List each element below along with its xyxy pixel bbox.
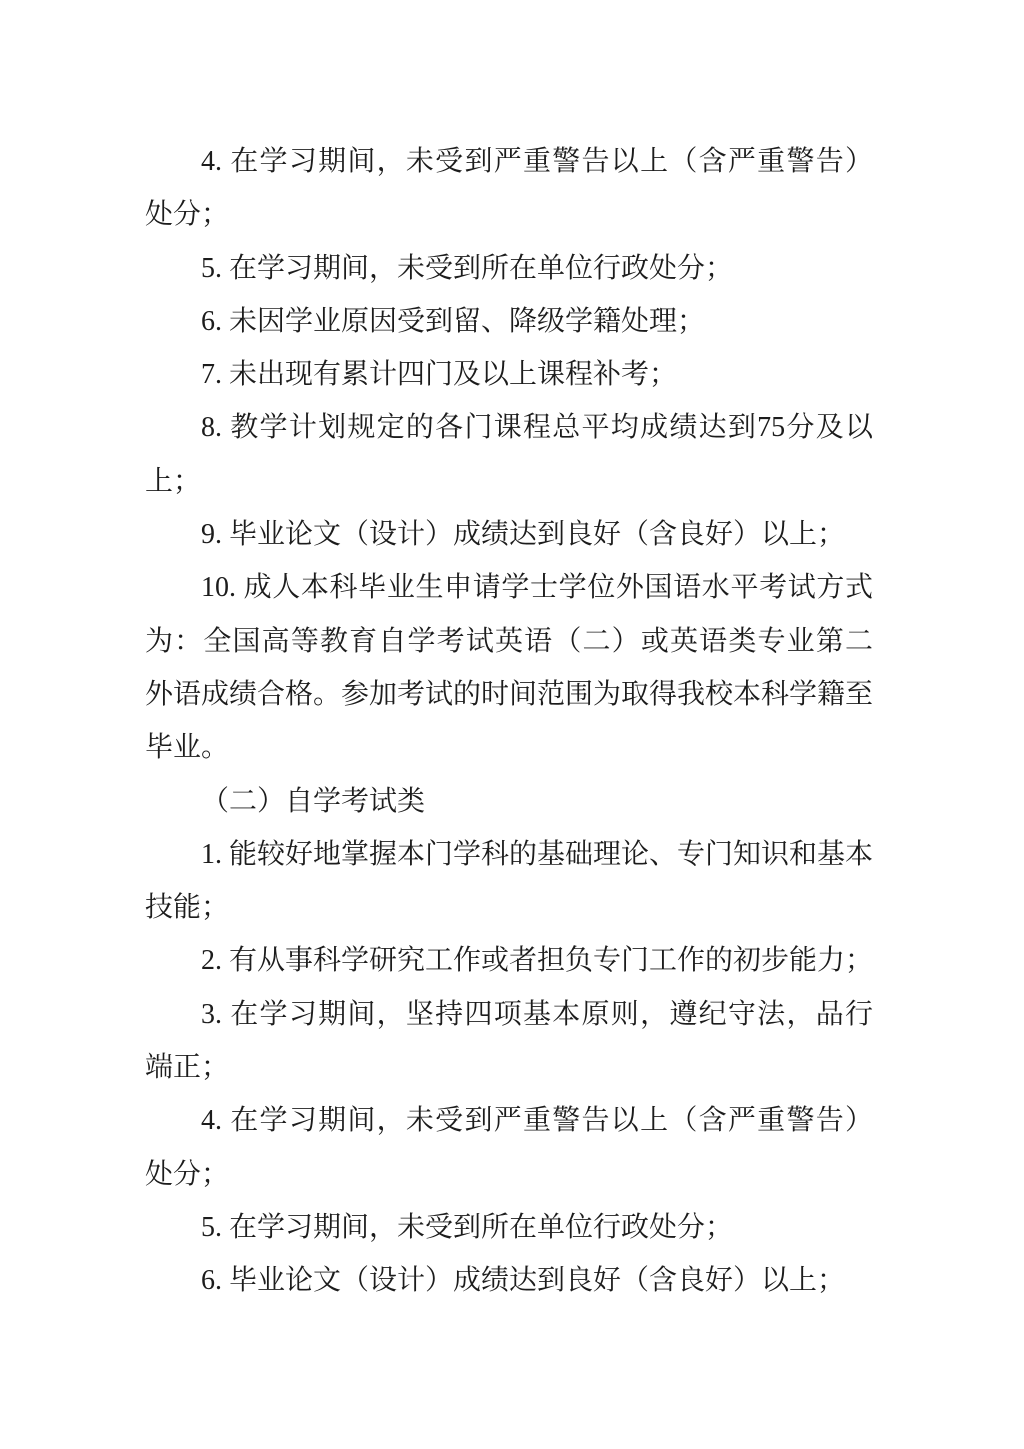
text-line: 3. 在学习期间，坚持四项基本原则，遵纪守法，品行 — [145, 988, 873, 1041]
text-line: 6. 未因学业原因受到留、降级学籍处理； — [145, 295, 873, 348]
document-body: 4. 在学习期间，未受到严重警告以上（含严重警告） 处分； 5. 在学习期间，未… — [145, 135, 873, 1308]
text-line: 上； — [145, 455, 873, 508]
text-line: 技能； — [145, 881, 873, 934]
section-heading: （二）自学考试类 — [145, 775, 873, 828]
text-line: 处分； — [145, 1148, 873, 1201]
text-line: 外语成绩合格。参加考试的时间范围为取得我校本科学籍至 — [145, 668, 873, 721]
text-line: 7. 未出现有累计四门及以上课程补考； — [145, 348, 873, 401]
text-line: 端正； — [145, 1041, 873, 1094]
text-line: 5. 在学习期间，未受到所在单位行政处分； — [145, 1201, 873, 1254]
text-line: 9. 毕业论文（设计）成绩达到良好（含良好）以上； — [145, 508, 873, 561]
text-line: 处分； — [145, 188, 873, 241]
text-line: 4. 在学习期间，未受到严重警告以上（含严重警告） — [145, 135, 873, 188]
text-line: 2. 有从事科学研究工作或者担负专门工作的初步能力； — [145, 934, 873, 987]
text-line: 10. 成人本科毕业生申请学士学位外国语水平考试方式 — [145, 561, 873, 614]
document-page: 4. 在学习期间，未受到严重警告以上（含严重警告） 处分； 5. 在学习期间，未… — [0, 0, 1024, 1449]
text-line: 毕业。 — [145, 721, 873, 774]
text-line: 5. 在学习期间，未受到所在单位行政处分； — [145, 242, 873, 295]
text-line: 6. 毕业论文（设计）成绩达到良好（含良好）以上； — [145, 1254, 873, 1307]
text-line: 1. 能较好地掌握本门学科的基础理论、专门知识和基本 — [145, 828, 873, 881]
text-line: 4. 在学习期间，未受到严重警告以上（含严重警告） — [145, 1094, 873, 1147]
text-line: 8. 教学计划规定的各门课程总平均成绩达到75分及以 — [145, 401, 873, 454]
text-line: 为：全国高等教育自学考试英语（二）或英语类专业第二 — [145, 615, 873, 668]
